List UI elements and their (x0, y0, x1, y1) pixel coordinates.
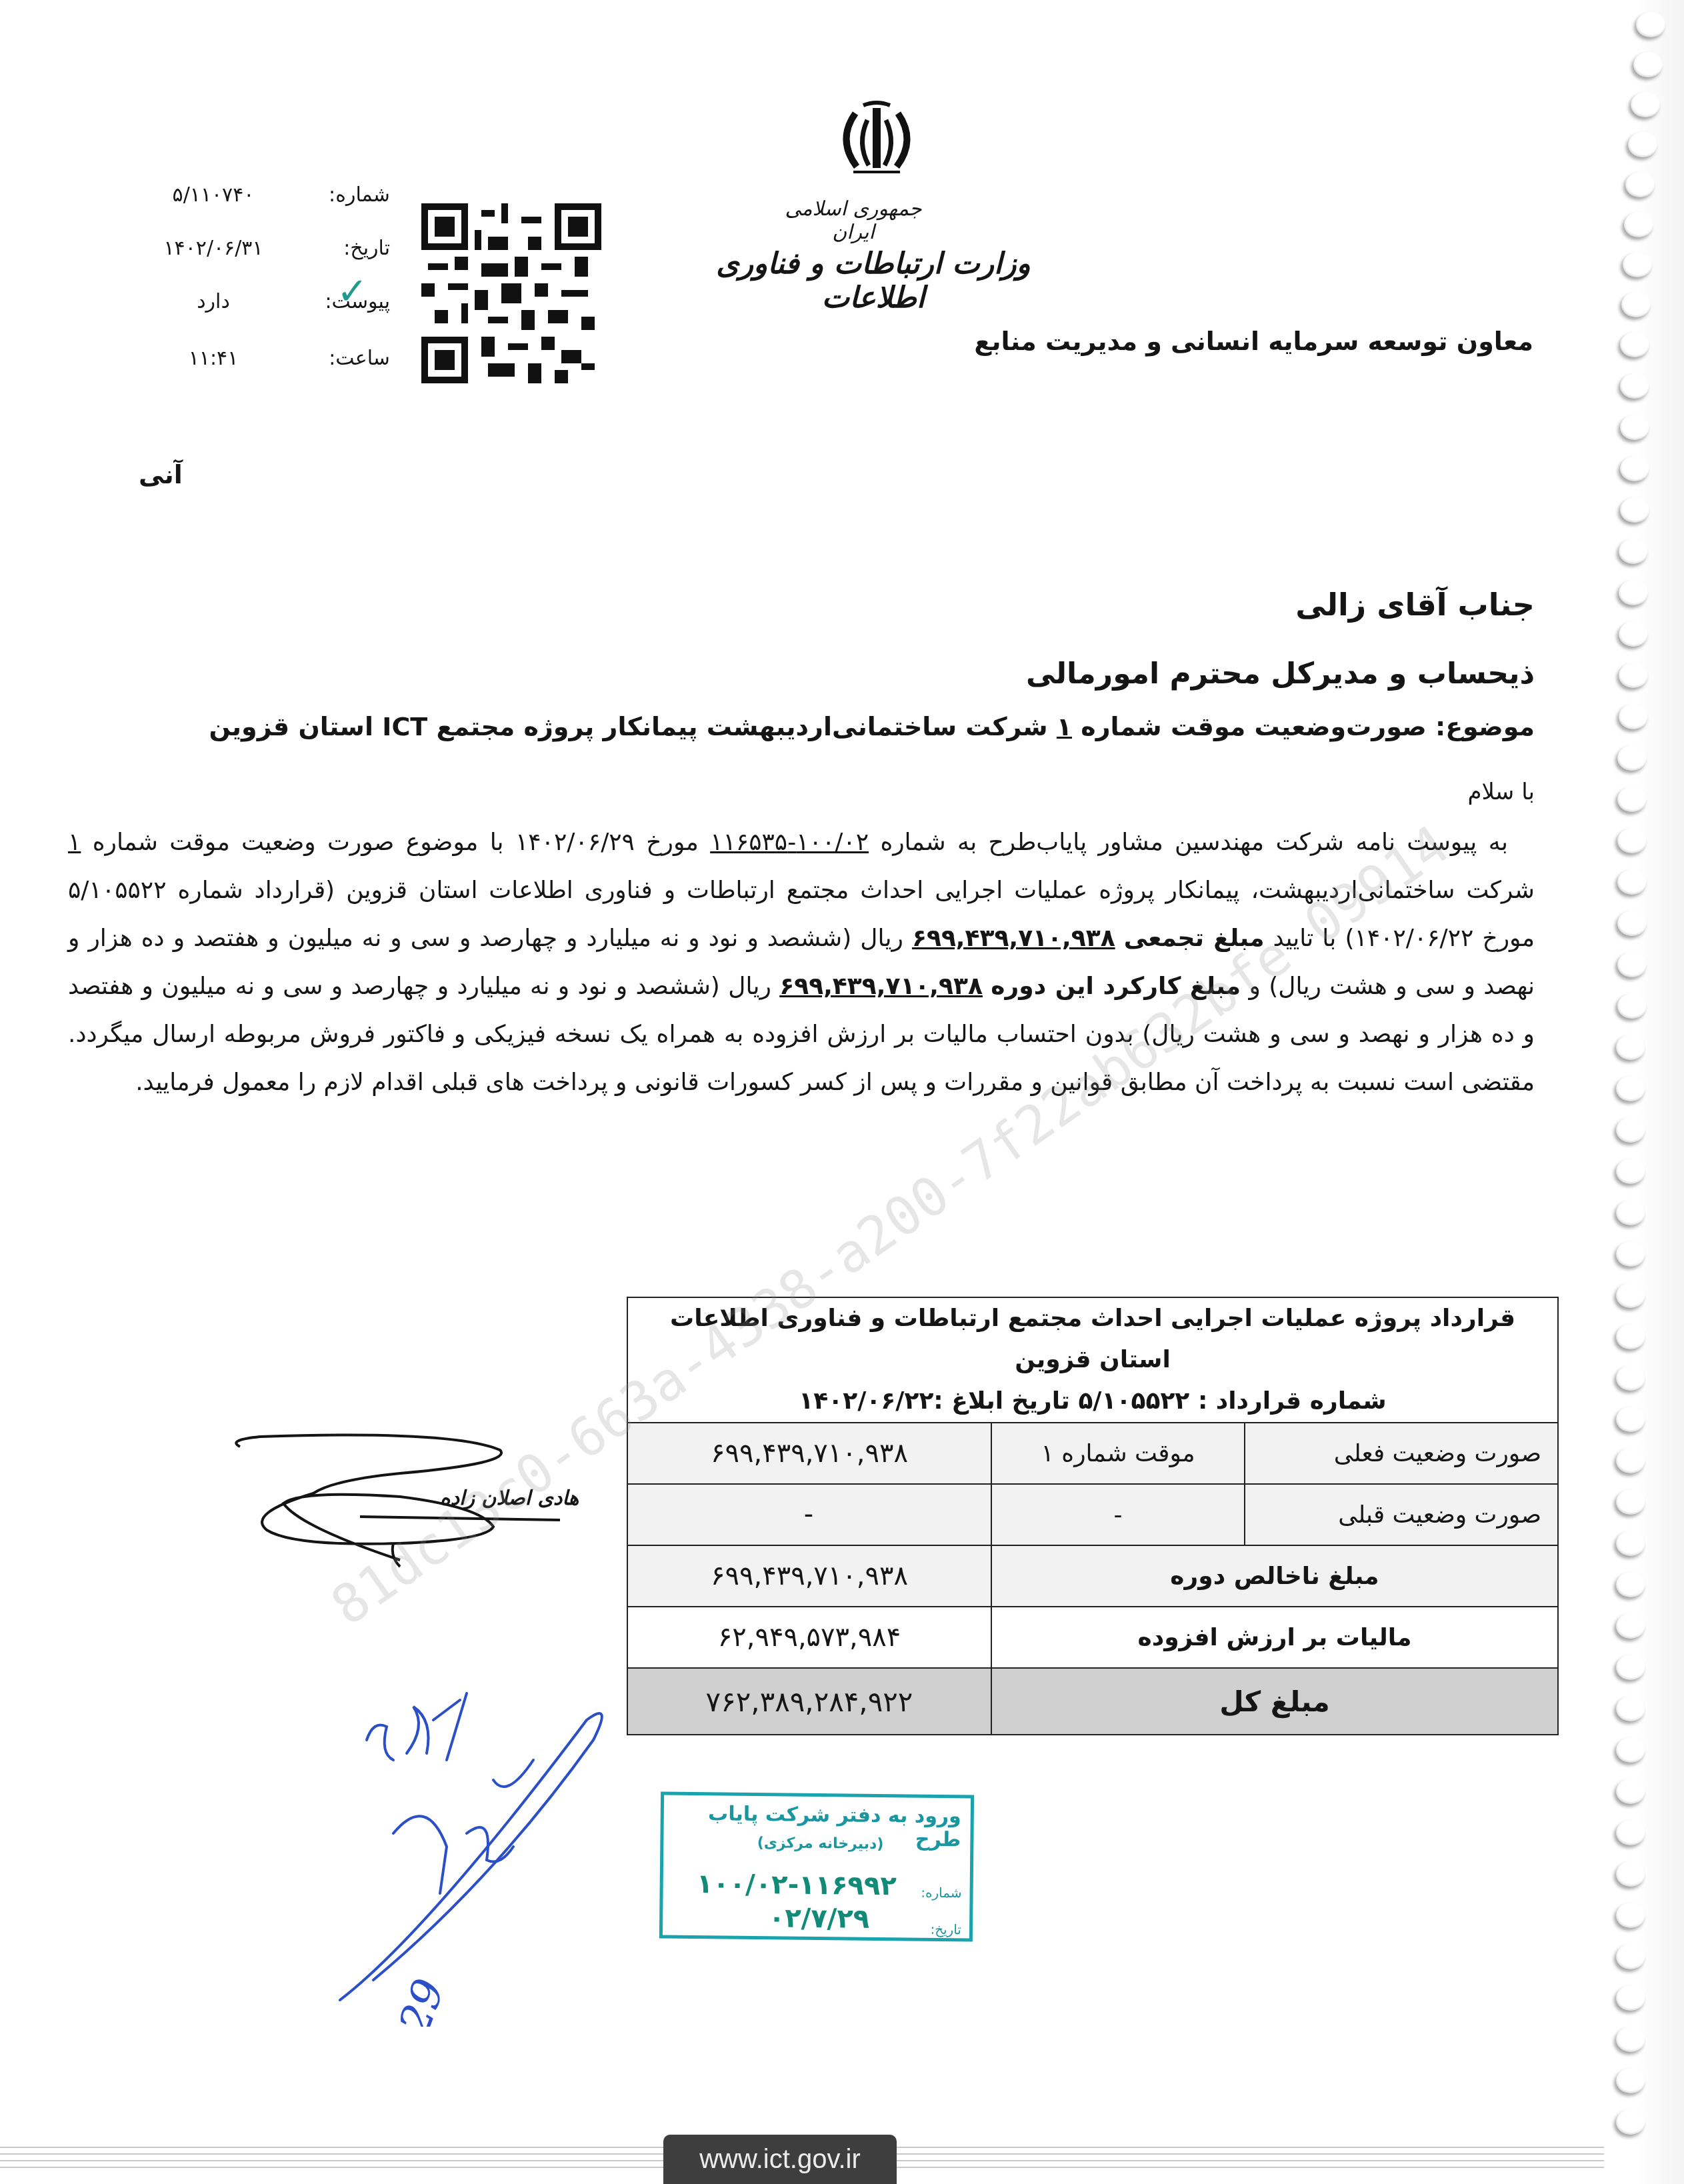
binding-hole (1631, 92, 1660, 117)
binding-hole (1620, 456, 1649, 481)
table-row: مالیات بر ارزش افزوده ۶۲,۹۴۹,۵۷۳,۹۸۴ (627, 1607, 1558, 1668)
meta-number: شماره: ۵/۱۱۰۷۴۰ (150, 183, 390, 217)
binding-hole (1616, 1861, 1645, 1887)
table-row-total: مبلغ کل ۷۶۲,۳۸۹,۲۸۴,۹۲۲ (627, 1668, 1558, 1735)
binding-hole (1619, 621, 1648, 647)
binding-hole (1616, 1283, 1645, 1308)
greeting: با سلام (1468, 779, 1535, 805)
binding-hole (1616, 1241, 1645, 1267)
binding-hole (1616, 2109, 1645, 2135)
binding-hole (1619, 704, 1648, 729)
ministry-name: وزارت ارتباطات و فناوری اطلاعات (713, 247, 1033, 315)
binding-hole (1616, 1117, 1645, 1143)
binding-hole (1620, 373, 1649, 399)
binding-hole (1616, 1489, 1645, 1515)
binding-hole (1616, 1035, 1645, 1060)
addressee-title: ذیحساب و مدیرکل محترم امورمالی (1026, 657, 1535, 691)
payment-summary-table: قرارداد پروژه عملیات اجرایی احداث مجتمع … (627, 1297, 1559, 1735)
binding-hole (1616, 1779, 1645, 1804)
republic-name: جمهوری اسلامی ایران (767, 197, 940, 244)
binding-hole (1619, 663, 1648, 688)
priority-label: آنی (139, 460, 183, 489)
binding-hole (1616, 1737, 1645, 1763)
stamp-number: ۱۰۰/۰۲-۱۱۶۹۹۲ (697, 1869, 897, 1901)
binding-strip (1604, 0, 1684, 2184)
binding-hole (1616, 1985, 1645, 2011)
total-amount: ۷۶۲,۳۸۹,۲۸۴,۹۲۲ (627, 1668, 991, 1735)
checkmark-icon: ✓ (337, 270, 368, 313)
period-amount: ۶۹۹,۴۳۹,۷۱۰,۹۳۸ (779, 973, 983, 1000)
attachment-status: دارد (150, 290, 277, 313)
binding-hole (1617, 828, 1647, 853)
meta-time: ساعت: ۱۱:۴۱ (150, 347, 390, 380)
binding-hole (1625, 172, 1655, 197)
binding-hole (1616, 1200, 1645, 1225)
binding-hole (1616, 2068, 1645, 2093)
iran-emblem-icon (830, 93, 923, 180)
table-row: صورت وضعیت فعلی موقت شماره ۱ ۶۹۹,۴۳۹,۷۱۰… (627, 1423, 1558, 1484)
binding-hole (1617, 911, 1647, 936)
binding-hole (1616, 1076, 1645, 1101)
binding-hole (1616, 1324, 1645, 1349)
binding-hole (1616, 1365, 1645, 1391)
binding-hole (1616, 1903, 1645, 1928)
binding-hole (1620, 497, 1649, 523)
website-link[interactable]: www.ict.gov.ir (663, 2135, 897, 2184)
binding-hole (1636, 12, 1665, 37)
qr-code[interactable] (421, 203, 601, 383)
cumulative-amount: ۶۹۹,۴۳۹,۷۱۰,۹۳۸ (912, 925, 1115, 952)
binding-hole (1628, 132, 1657, 157)
letter-number: ۵/۱۱۰۷۴۰ (150, 183, 277, 207)
binding-hole (1616, 1944, 1645, 1969)
binding-hole (1616, 1820, 1645, 1845)
binding-hole (1617, 952, 1647, 977)
letter-time: ۱۱:۴۱ (150, 347, 277, 370)
binding-hole (1617, 993, 1647, 1019)
reference-number: ۱۰۰/۰۲-۱۱۶۵۳۵ (710, 829, 869, 856)
binding-hole (1617, 869, 1647, 895)
svg-text:29 07 02: 29 07 02 (343, 1973, 455, 2027)
binding-hole (1616, 1159, 1645, 1184)
sender-title: معاون توسعه سرمایه انسانی و مدیریت منابع (974, 327, 1533, 356)
contract-number-line: شماره قرارداد : ۵/۱۰۵۵۲۲ تاریخ ابلاغ :۱۴… (644, 1381, 1541, 1422)
binding-hole (1616, 1572, 1645, 1597)
binding-hole (1621, 292, 1651, 317)
binding-hole (1616, 1696, 1645, 1721)
binding-hole (1616, 1448, 1645, 1473)
binding-hole (1616, 1655, 1645, 1680)
stamp-subtitle: (دبیرخانه مرکزی) (757, 1835, 884, 1853)
binding-hole (1619, 539, 1648, 564)
binding-hole (1616, 2027, 1645, 2052)
handwritten-note: 29 07 02 (293, 1680, 640, 2027)
letter-date: ۱۴۰۲/۰۶/۳۱ (150, 237, 277, 260)
binding-hole (1616, 1613, 1645, 1639)
meta-date: تاریخ: ۱۴۰۲/۰۶/۳۱ (150, 237, 390, 270)
table-row: صورت وضعیت قبلی - - (627, 1484, 1558, 1545)
binding-hole (1633, 52, 1663, 77)
binding-hole (1616, 1531, 1645, 1556)
subject-line: موضوع: صورت‌وضعیت موقت شماره ۱ شرکت ساخت… (209, 712, 1535, 741)
binding-hole (1620, 332, 1649, 357)
binding-hole (1617, 787, 1647, 812)
binding-hole (1620, 415, 1649, 440)
table-row: مبلغ ناخالص دوره ۶۹۹,۴۳۹,۷۱۰,۹۳۸ (627, 1545, 1558, 1607)
received-stamp: ورود به دفتر شرکت پایاب طرح (دبیرخانه مر… (659, 1792, 974, 1942)
stamp-date: ۰۲/۷/۲۹ (769, 1903, 870, 1935)
binding-hole (1616, 1407, 1645, 1432)
binding-hole (1623, 252, 1652, 277)
binding-hole (1617, 745, 1647, 771)
binding-hole (1619, 580, 1648, 605)
letter-page: جمهوری اسلامی ایران وزارت ارتباطات و فنا… (0, 0, 1613, 2184)
addressee-name: جناب آقای زالی (1295, 587, 1535, 623)
binding-hole (1624, 212, 1653, 237)
